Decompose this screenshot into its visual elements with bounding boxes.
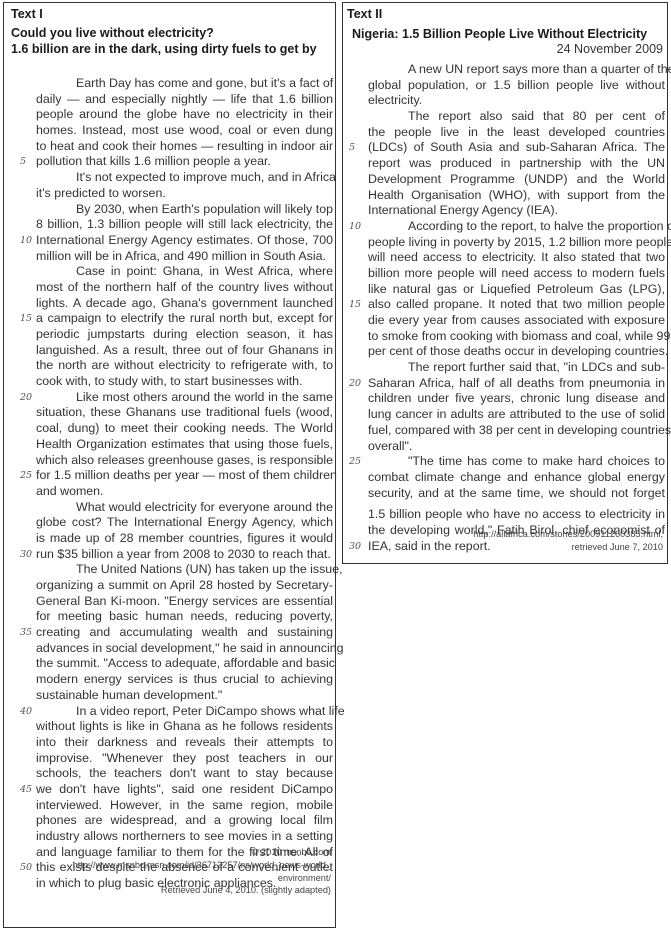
line-number: 45: [20, 782, 32, 798]
body-line: The United Nations (UN) has taken up the…: [36, 562, 333, 578]
body-line-text: to heat and cook their homes — resulting…: [36, 139, 333, 155]
body-line-text: overall".: [368, 439, 665, 455]
body-line-text: for meeting basic human needs, reducing …: [36, 609, 333, 625]
body-line-text: without lights is like in Ghana as he fo…: [36, 719, 333, 735]
body-line: into their darkness and reveals their at…: [36, 735, 333, 751]
body-line: homes. Instead, most use wood, coal or e…: [36, 123, 333, 139]
text-two-body: A new UN report says more than a quarter…: [368, 62, 665, 554]
source-line: http://allafrica.com/stories/20091126038…: [473, 528, 663, 541]
body-line-text: homes. Instead, most use wood, coal or e…: [36, 123, 333, 139]
body-line-text: "The time has come to make hard choices …: [408, 454, 665, 470]
body-line: will need access to electricity. It also…: [368, 250, 665, 266]
body-line-text: lung cancer in adults are attributed to …: [368, 407, 665, 423]
body-line: global population, or 1.5 billion people…: [368, 78, 665, 94]
body-line-text: people living in poverty by 2015, 1.2 bi…: [368, 235, 665, 251]
line-number: 25: [349, 454, 361, 470]
body-line: periodic jumpstarts during election seas…: [36, 327, 333, 343]
text-two-source: http://allafrica.com/stories/20091126038…: [473, 528, 663, 554]
body-line-text: global population, or 1.5 billion people…: [368, 78, 665, 94]
body-line: a campaign to electrify the rural north …: [36, 311, 333, 327]
body-line-text: organizing a summit on April 28 hosted b…: [36, 578, 333, 594]
body-line: A new UN report says more than a quarter…: [368, 62, 665, 78]
body-line-text: modern energy services is thus crucial t…: [36, 672, 333, 688]
body-line: creating and accumulating wealth and sus…: [36, 625, 333, 641]
text-two-headline: Nigeria: 1.5 Billion People Live Without…: [352, 26, 647, 42]
source-line: retrieved June 7, 2010: [473, 541, 663, 554]
body-line: the people live in the least developed c…: [368, 125, 665, 141]
body-line: According to the report, to halve the pr…: [368, 219, 665, 235]
body-line-text: cook with, to study with, to start busin…: [36, 374, 333, 390]
text-one-source: © 2010 msnbc.comhttp://www.msnbc.msn.com…: [73, 846, 331, 897]
body-line-text: children under five years, chronic lung …: [368, 391, 665, 407]
body-line: advances in social development," he said…: [36, 641, 333, 657]
body-line: Case in point: Ghana, in West Africa, wh…: [36, 264, 333, 280]
body-line-text: electricity.: [368, 93, 665, 109]
body-line-text: interviewed. However, in the same region…: [36, 798, 333, 814]
body-line-text: is made up of 28 member countries, figur…: [36, 531, 333, 547]
body-line-text: Development Programme (UNDP) and the Wor…: [368, 172, 665, 188]
line-number: 30: [20, 547, 32, 563]
body-line-text: fuel, compared with 38 per cent in devel…: [368, 423, 665, 439]
body-line: The report also said that 80 per cent of: [368, 109, 665, 125]
body-line: The report further said that, "in LDCs a…: [368, 360, 665, 376]
text-two-panel: Text II Nigeria: 1.5 Billion People Live…: [342, 2, 668, 564]
body-line-text: schools, the teachers don't want to stay…: [36, 766, 333, 782]
body-line-text: improvise. "Whenever they post teachers …: [36, 751, 333, 767]
body-line: is made up of 28 member countries, figur…: [36, 531, 333, 547]
body-line-text: for 1.5 million deaths per year — most o…: [36, 468, 333, 484]
body-line-text: International Energy Agency estimates. O…: [36, 233, 333, 249]
body-line: organizing a summit on April 28 hosted b…: [36, 578, 333, 594]
body-line: electricity.: [368, 93, 665, 109]
body-line-text: 8 billion, 1.3 billion people will still…: [36, 217, 333, 233]
body-line-text: security, and at the same time, we shoul…: [368, 486, 665, 502]
body-line-text: the summit. "Access to adequate, afforda…: [36, 656, 333, 672]
body-line-text: advances in social development," he said…: [36, 641, 333, 657]
body-line: 8 billion, 1.3 billion people will still…: [36, 217, 333, 233]
body-line: security, and at the same time, we shoul…: [368, 486, 665, 502]
body-line-text: million will be in Africa, and 490 milli…: [36, 249, 333, 265]
text-one-body: Earth Day has come and gone, but it's a …: [36, 76, 333, 892]
body-line: run $35 billion a year from 2008 to 2030…: [36, 547, 333, 563]
body-line: schools, the teachers don't want to stay…: [36, 766, 333, 782]
text-one-panel: Text I Could you live without electricit…: [3, 2, 336, 928]
body-line-text: What would electricity for everyone arou…: [76, 500, 333, 516]
body-line: globe cost? The International Energy Age…: [36, 515, 333, 531]
body-line: die every year from causes associated wi…: [368, 313, 665, 329]
body-line: "The time has come to make hard choices …: [368, 454, 665, 470]
body-line: It's not expected to improve much, and i…: [36, 170, 333, 186]
line-number: 20: [20, 390, 32, 406]
source-line: © 2010 msnbc.com: [73, 846, 331, 859]
body-line-text: people around the globe have no electric…: [36, 107, 333, 123]
body-line: languished. As a result, three out of fo…: [36, 343, 333, 359]
body-line-text: and women.: [36, 484, 333, 500]
body-line-text: industry allows northerners to see movie…: [36, 829, 333, 845]
body-line-text: globe cost? The International Energy Age…: [36, 515, 333, 531]
body-line-text: the people live in the least developed c…: [368, 125, 665, 141]
text-two-date: 24 November 2009: [557, 42, 663, 56]
body-line-text: also called propane. It noted that two m…: [368, 297, 665, 313]
body-line: it's predicted to worsen.: [36, 186, 333, 202]
source-line: Retrieved June 4, 2010. (slightly adapte…: [73, 884, 331, 897]
text-one-label: Text I: [11, 7, 43, 21]
body-line: Saharan Africa, half of all deaths from …: [368, 376, 665, 392]
body-line: children under five years, chronic lung …: [368, 391, 665, 407]
body-line-text: report was produced in partnership with …: [368, 156, 665, 172]
body-line: lung cancer in adults are attributed to …: [368, 407, 665, 423]
body-line: General Ban Ki-moon. "Energy services ar…: [36, 594, 333, 610]
body-line: improvise. "Whenever they post teachers …: [36, 751, 333, 767]
body-line: modern energy services is thus crucial t…: [36, 672, 333, 688]
body-line: Like most others around the world in the…: [36, 390, 333, 406]
body-line: combat climate change and enhance global…: [368, 470, 665, 486]
body-line: most of the northern half of the country…: [36, 280, 333, 296]
body-line-text: creating and accumulating wealth and sus…: [36, 625, 333, 641]
body-line: without lights is like in Ghana as he fo…: [36, 719, 333, 735]
body-line-text: The United Nations (UN) has taken up the…: [76, 562, 333, 578]
body-line: pollution that kills 1.6 million people …: [36, 154, 333, 170]
body-line-text: Like most others around the world in the…: [76, 390, 333, 406]
body-line-text: A new UN report says more than a quarter…: [408, 62, 665, 78]
body-line-text: it's predicted to worsen.: [36, 186, 333, 202]
body-line: By 2030, when Earth's population will li…: [36, 202, 333, 218]
body-line-text: (LDCs) of South Asia and sub-Saharan Afr…: [368, 140, 665, 156]
body-line: interviewed. However, in the same region…: [36, 798, 333, 814]
body-line: cook with, to study with, to start busin…: [36, 374, 333, 390]
body-line-text: In a video report, Peter DiCampo shows w…: [76, 704, 333, 720]
body-line-text: Earth Day has come and gone, but it's a …: [76, 76, 333, 92]
body-line-text: die every year from causes associated wi…: [368, 313, 665, 329]
body-line-text: periodic jumpstarts during election seas…: [36, 327, 333, 343]
body-line: to heat and cook their homes — resulting…: [36, 139, 333, 155]
body-line-text: the north are without electricity to ref…: [36, 358, 333, 374]
body-line: daily — and especially nightly — life th…: [36, 92, 333, 108]
line-number: 5: [349, 140, 355, 156]
body-line-text: phones are widespread, and a growing loc…: [36, 813, 333, 829]
body-line-text: billion more people will need access to …: [368, 266, 665, 282]
text-one-headline-line-1: Could you live without electricity?: [11, 25, 214, 41]
body-line-text: 1.5 billion people who have no access to…: [368, 507, 665, 523]
body-line-text: The report further said that, "in LDCs a…: [408, 360, 665, 376]
line-number: 40: [20, 704, 32, 720]
body-line: for meeting basic human needs, reducing …: [36, 609, 333, 625]
body-line-text: which also releases greenhouse gases, is…: [36, 453, 333, 469]
body-line-text: a campaign to electrify the rural north …: [36, 311, 333, 327]
line-number: 15: [349, 297, 361, 313]
body-line: million will be in Africa, and 490 milli…: [36, 249, 333, 265]
body-line: Health Organisation (WHO), with support …: [368, 188, 665, 204]
body-line-text: According to the report, to halve the pr…: [408, 219, 665, 235]
body-line-text: daily — and especially nightly — life th…: [36, 92, 333, 108]
source-line: environment/: [73, 872, 331, 885]
line-number: 5: [20, 154, 26, 170]
body-line-text: Case in point: Ghana, in West Africa, wh…: [76, 264, 333, 280]
line-number: 30: [349, 539, 361, 555]
body-line-text: situation, these Ghanans use traditional…: [36, 405, 333, 421]
body-line-text: we don't have lights", said one resident…: [36, 782, 333, 798]
body-line-text: run $35 billion a year from 2008 to 2030…: [36, 547, 333, 563]
body-line-text: By 2030, when Earth's population will li…: [76, 202, 333, 218]
body-line-text: sustainable human development.": [36, 688, 333, 704]
body-line: 1.5 billion people who have no access to…: [368, 507, 665, 523]
body-line: Earth Day has come and gone, but it's a …: [36, 76, 333, 92]
body-line-text: pollution that kills 1.6 million people …: [36, 154, 333, 170]
body-line-text: combat climate change and enhance global…: [368, 470, 665, 486]
body-line: Development Programme (UNDP) and the Wor…: [368, 172, 665, 188]
line-number: 35: [20, 625, 32, 641]
body-line-text: Health Organization estimates that using…: [36, 437, 333, 453]
body-line: situation, these Ghanans use traditional…: [36, 405, 333, 421]
body-line: International Energy Agency (IEA).10: [368, 203, 665, 219]
body-line-text: International Energy Agency (IEA).: [368, 203, 665, 219]
body-line: to smoke from cooking with biomass and c…: [368, 329, 665, 345]
body-line: phones are widespread, and a growing loc…: [36, 813, 333, 829]
line-number: 25: [20, 468, 32, 484]
body-line-text: General Ban Ki-moon. "Energy services ar…: [36, 594, 333, 610]
body-line: we don't have lights", said one resident…: [36, 782, 333, 798]
body-line: report was produced in partnership with …: [368, 156, 665, 172]
body-line: people living in poverty by 2015, 1.2 bi…: [368, 235, 665, 251]
body-line: (LDCs) of South Asia and sub-Saharan Afr…: [368, 140, 665, 156]
body-line-text: The report also said that 80 per cent of: [408, 109, 665, 125]
body-line-text: lights. A decade ago, Ghana's government…: [36, 296, 333, 312]
body-line-text: into their darkness and reveals their at…: [36, 735, 333, 751]
body-line: the north are without electricity to ref…: [36, 358, 333, 374]
source-line: http://www.msnbc.msn.com/id/36712257/ns/…: [73, 859, 331, 872]
body-line-text: per cent of those deaths occur in develo…: [368, 344, 665, 360]
body-line: sustainable human development."40: [36, 688, 333, 704]
body-line-text: It's not expected to improve much, and i…: [76, 170, 333, 186]
body-line: overall".25: [368, 439, 665, 455]
body-line: fuel, compared with 38 per cent in devel…: [368, 423, 665, 439]
body-line: the summit. "Access to adequate, afforda…: [36, 656, 333, 672]
body-line: per cent of those deaths occur in develo…: [368, 344, 665, 360]
body-line: lights. A decade ago, Ghana's government…: [36, 296, 333, 312]
text-two-label: Text II: [347, 7, 382, 21]
body-line: for 1.5 million deaths per year — most o…: [36, 468, 333, 484]
text-one-headline-line-2: 1.6 billion are in the dark, using dirty…: [11, 41, 317, 57]
body-line: International Energy Agency estimates. O…: [36, 233, 333, 249]
body-line-text: to smoke from cooking with biomass and c…: [368, 329, 665, 345]
body-line: like natural gas or Liquefied Petroleum …: [368, 282, 665, 298]
body-line: In a video report, Peter DiCampo shows w…: [36, 704, 333, 720]
body-line: also called propane. It noted that two m…: [368, 297, 665, 313]
body-line-text: most of the northern half of the country…: [36, 280, 333, 296]
line-number: 10: [349, 219, 361, 235]
body-line-text: languished. As a result, three out of fo…: [36, 343, 333, 359]
body-line: and women.: [36, 484, 333, 500]
body-line: coal, dung) to meet their cooking needs.…: [36, 421, 333, 437]
body-line-text: like natural gas or Liquefied Petroleum …: [368, 282, 665, 298]
body-line: people around the globe have no electric…: [36, 107, 333, 123]
body-line: which also releases greenhouse gases, is…: [36, 453, 333, 469]
line-number: 10: [20, 233, 32, 249]
body-line: billion more people will need access to …: [368, 266, 665, 282]
body-line-text: Health Organisation (WHO), with support …: [368, 188, 665, 204]
body-line: industry allows northerners to see movie…: [36, 829, 333, 845]
body-line-text: will need access to electricity. It also…: [368, 250, 665, 266]
line-number: 20: [349, 376, 361, 392]
body-line-text: Saharan Africa, half of all deaths from …: [368, 376, 665, 392]
body-line-text: coal, dung) to meet their cooking needs.…: [36, 421, 333, 437]
body-line: What would electricity for everyone arou…: [36, 500, 333, 516]
line-number: 15: [20, 311, 32, 327]
line-number: 50: [20, 860, 32, 876]
body-line: Health Organization estimates that using…: [36, 437, 333, 453]
